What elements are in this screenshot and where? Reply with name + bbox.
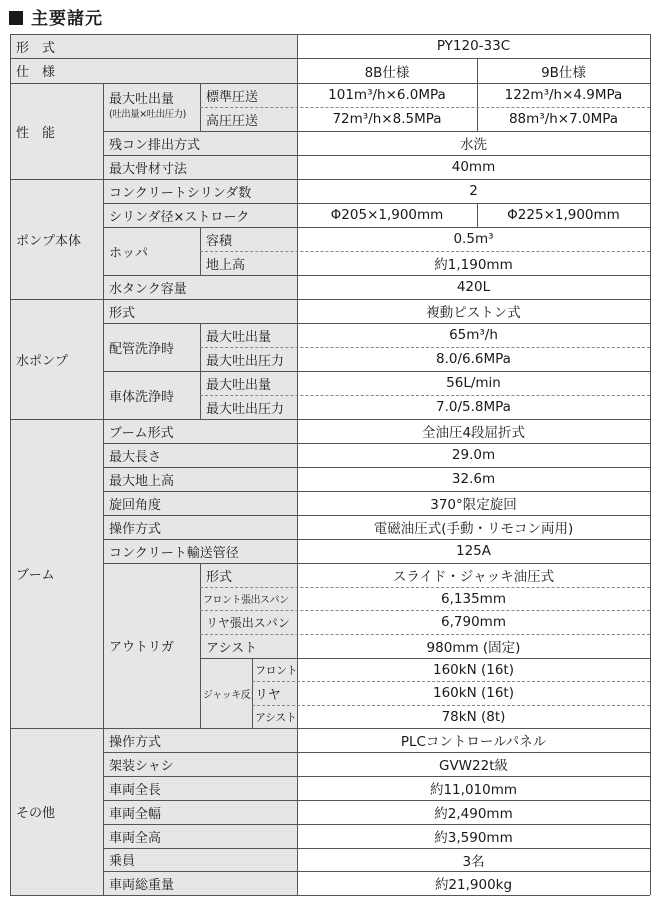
cylinders-label: コンクリートシリンダ数	[103, 179, 297, 203]
transport-pipe-value: 125A	[297, 539, 650, 563]
jack-assist-label: アシスト	[252, 705, 297, 728]
aggregate-value: 40mm	[297, 155, 650, 179]
max-output-label: 最大吐出量 (吐出量×吐出圧力)	[103, 83, 200, 131]
body-flow-value: 56L/min	[297, 371, 650, 395]
group-performance: 性 能	[10, 83, 103, 179]
chassis-value: GVW22t級	[297, 752, 650, 776]
hopper-height-label: 地上高	[200, 251, 297, 275]
group-boom: ブーム	[10, 419, 103, 728]
boom-operation-label: 操作方式	[103, 515, 297, 539]
chassis-label: 架装シャシ	[103, 752, 297, 776]
pipe-flow-value: 65m³/h	[297, 323, 650, 347]
body-wash-label: 車体洗浄時	[103, 371, 200, 419]
vehicle-width-label: 車両全幅	[103, 800, 297, 824]
jack-rear-label: リヤ	[252, 681, 297, 705]
pipe-pressure-label: 最大吐出圧力	[200, 347, 297, 371]
rear-span-value: 6,790mm	[297, 610, 650, 634]
section-title: 主要諸元	[9, 4, 103, 29]
other-operation-label: 操作方式	[103, 728, 297, 752]
high-pressure-label: 高圧圧送	[200, 107, 297, 131]
standard-8b-value: 101m³/h×6.0MPa	[297, 83, 477, 107]
vehicle-height-label: 車両全高	[103, 824, 297, 848]
bore-9b-value: Φ225×1,900mm	[477, 203, 650, 227]
front-span-value: 6,135mm	[297, 587, 650, 610]
crew-label: 乗員	[103, 848, 297, 871]
residual-value: 水洗	[297, 131, 650, 155]
boom-height-value: 32.6m	[297, 467, 650, 491]
pipe-pressure-value: 8.0/6.6MPa	[297, 347, 650, 371]
jack-front-label: フロント	[252, 658, 297, 681]
outrigger-label: アウトリガ	[103, 563, 200, 728]
boom-length-value: 29.0m	[297, 443, 650, 467]
jack-reaction-label: ジャッキ反力	[200, 658, 252, 728]
spec-label: 仕 様	[10, 58, 297, 83]
standard-pressure-label: 標準圧送	[200, 83, 297, 107]
cylinders-value: 2	[297, 179, 650, 203]
vehicle-height-value: 約3,590mm	[297, 824, 650, 848]
spec-8b: 8B仕様	[297, 58, 477, 83]
body-pressure-label: 最大吐出圧力	[200, 395, 297, 419]
pipe-flow-label: 最大吐出量	[200, 323, 297, 347]
wp-type-label: 形式	[103, 299, 297, 323]
model-value: PY120-33C	[297, 34, 650, 58]
bore-label: シリンダ径×ストローク	[103, 203, 297, 227]
slew-label: 旋回角度	[103, 491, 297, 515]
boom-type-value: 全油圧4段屈折式	[297, 419, 650, 443]
standard-9b-value: 122m³/h×4.9MPa	[477, 83, 650, 107]
capacity-value: 0.5m³	[297, 227, 650, 251]
aggregate-label: 最大骨材寸法	[103, 155, 297, 179]
jack-front-value: 160kN (16t)	[297, 658, 650, 681]
group-water-pump: 水ポンプ	[10, 299, 103, 419]
group-pump-body: ポンプ本体	[10, 179, 103, 299]
transport-pipe-label: コンクリート輸送管径	[103, 539, 297, 563]
spec-9b: 9B仕様	[477, 58, 650, 83]
crew-value: 3名	[297, 848, 650, 871]
assist-label: アシスト	[200, 634, 297, 658]
tank-label: 水タンク容量	[103, 275, 297, 299]
boom-length-label: 最大長さ	[103, 443, 297, 467]
or-type-label: 形式	[200, 563, 297, 587]
body-flow-label: 最大吐出量	[200, 371, 297, 395]
body-pressure-value: 7.0/5.8MPa	[297, 395, 650, 419]
vehicle-width-value: 約2,490mm	[297, 800, 650, 824]
vehicle-length-value: 約11,010mm	[297, 776, 650, 800]
boom-operation-value: 電磁油圧式(手動・リモコン両用)	[297, 515, 650, 539]
group-other: その他	[10, 728, 103, 895]
hopper-height-value: 約1,190mm	[297, 251, 650, 275]
rear-span-label: リヤ張出スパン	[200, 610, 297, 634]
gross-weight-label: 車両総重量	[103, 871, 297, 895]
model-label: 形 式	[10, 34, 297, 58]
tank-value: 420L	[297, 275, 650, 299]
hopper-label: ホッパ	[103, 227, 200, 275]
boom-type-label: ブーム形式	[103, 419, 297, 443]
assist-value: 980mm (固定)	[297, 634, 650, 658]
or-type-value: スライド・ジャッキ油圧式	[297, 563, 650, 587]
boom-height-label: 最大地上高	[103, 467, 297, 491]
other-operation-value: PLCコントロールパネル	[297, 728, 650, 752]
square-bullet-icon	[9, 11, 23, 25]
wp-type-value: 複動ピストン式	[297, 299, 650, 323]
front-span-label: フロント張出スパン	[200, 587, 297, 610]
capacity-label: 容積	[200, 227, 297, 251]
high-9b-value: 88m³/h×7.0MPa	[477, 107, 650, 131]
pipe-wash-label: 配管洗浄時	[103, 323, 200, 371]
high-8b-value: 72m³/h×8.5MPa	[297, 107, 477, 131]
max-output-title: 最大吐出量	[109, 92, 174, 109]
vehicle-length-label: 車両全長	[103, 776, 297, 800]
jack-rear-value: 160kN (16t)	[297, 681, 650, 705]
residual-label: 残コン排出方式	[103, 131, 297, 155]
slew-value: 370°限定旋回	[297, 491, 650, 515]
max-output-subtitle: (吐出量×吐出圧力)	[109, 109, 186, 121]
gross-weight-value: 約21,900kg	[297, 871, 650, 895]
title-text: 主要諸元	[31, 9, 103, 29]
bore-8b-value: Φ205×1,900mm	[297, 203, 477, 227]
jack-assist-value: 78kN (8t)	[297, 705, 650, 728]
